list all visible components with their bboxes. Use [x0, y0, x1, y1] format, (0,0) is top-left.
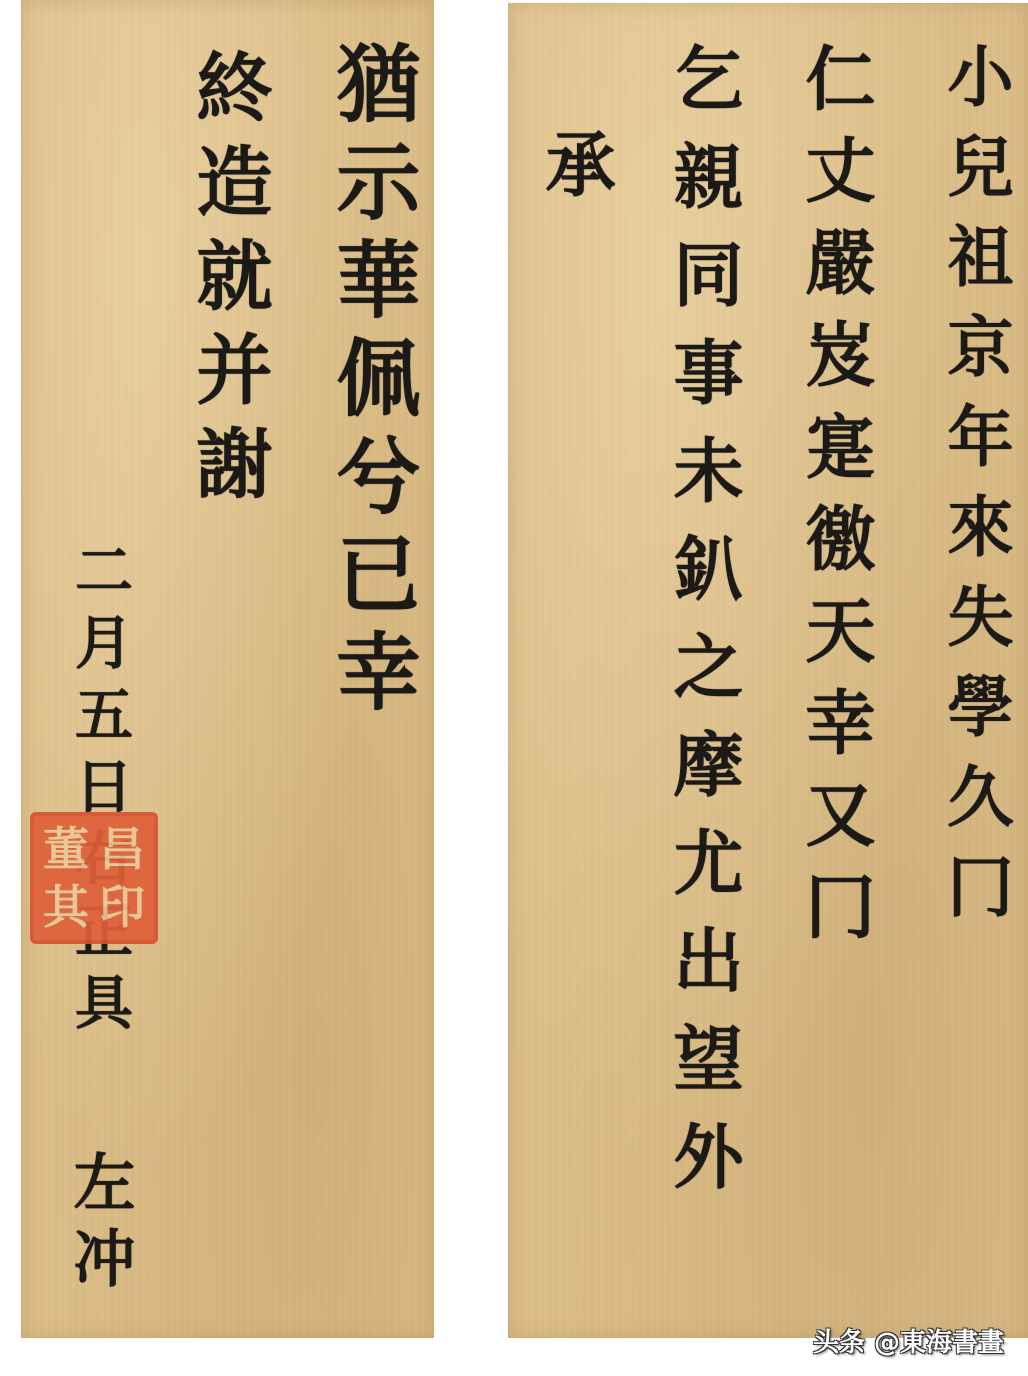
left-column-2: 終造就并謝: [190, 48, 266, 518]
left-column-3-date-signature: 二月五日右正具: [70, 540, 128, 1044]
red-seal-stamp: 董 昌 其 印: [30, 812, 158, 944]
right-column-2: 仁丈嚴岌寔徼天幸又冂: [800, 42, 870, 962]
seal-glyph: 董: [38, 820, 94, 878]
seal-glyph: 其: [38, 878, 94, 936]
left-column-1: 猶示華佩兮已幸: [330, 40, 414, 726]
seal-glyph: 昌: [94, 820, 150, 878]
right-column-1: 小兒祖京年來失學久冂: [942, 42, 1008, 942]
watermark-label: 头条 @東海書畫: [813, 1322, 1004, 1359]
left-column-4-addressee: 左冲: [68, 1150, 130, 1302]
right-column-3: 乞親同事未釟之摩尤出望外: [668, 42, 738, 1218]
seal-glyph: 印: [94, 878, 150, 936]
right-column-4: 承: [540, 128, 610, 198]
